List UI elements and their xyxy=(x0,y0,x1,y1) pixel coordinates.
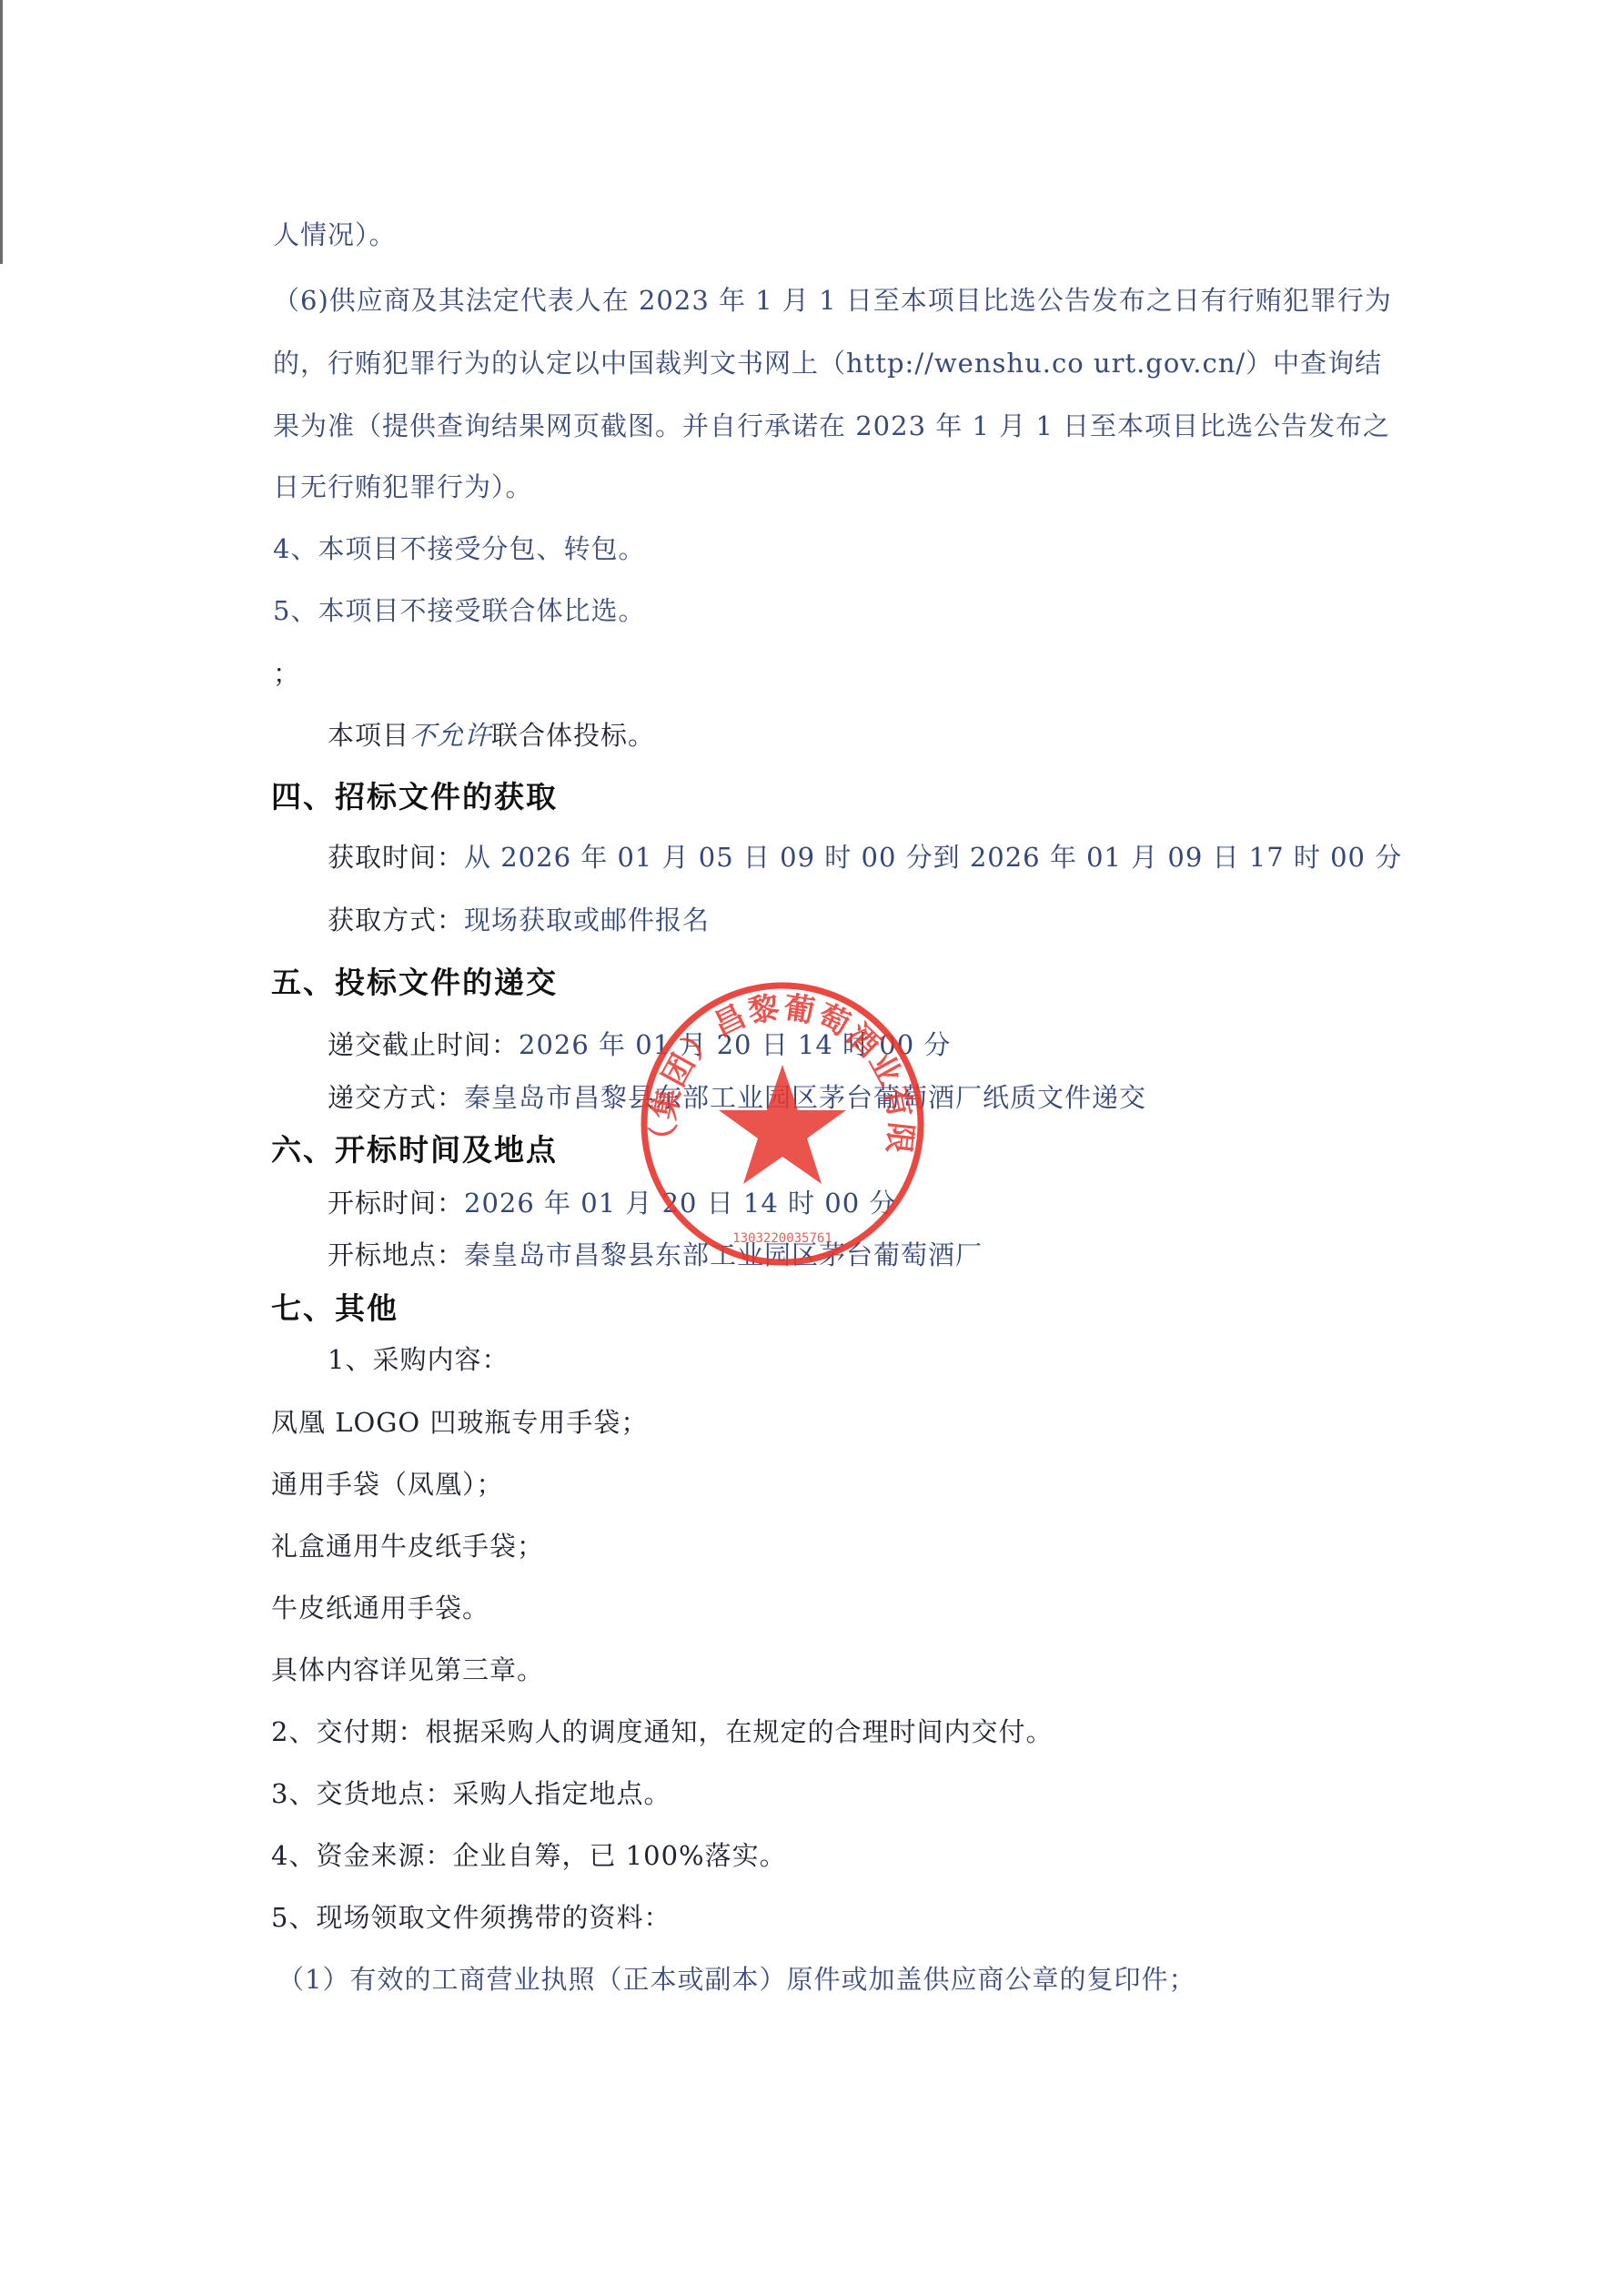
text-line: 日无行贿犯罪行为）。 xyxy=(273,470,533,503)
purchase-item: 凤凰 LOGO 凹玻瓶专用手袋； xyxy=(271,1406,648,1439)
field-label: 获取方式： xyxy=(328,905,464,936)
company-seal: 茅台（集团）昌黎葡萄酒业有限公司 1303220035761 xyxy=(637,978,928,1269)
field-label: 开标地点： xyxy=(328,1239,464,1270)
field-value: 秦皇岛市昌黎县东部工业园区茅台葡萄酒厂纸质文件递交 xyxy=(464,1082,1146,1113)
field-value: 秦皇岛市昌黎县东部工业园区茅台葡萄酒厂 xyxy=(464,1239,983,1270)
text-line: 的，行贿犯罪行为的认定以中国裁判文书网上（http://wenshu.co ur… xyxy=(273,347,1382,379)
purchase-item: 礼盒通用牛皮纸手袋； xyxy=(271,1530,544,1563)
list-item: 4、资金来源：企业自筹，已 100%落实。 xyxy=(271,1839,787,1872)
field-label: 获取时间： xyxy=(328,842,464,873)
list-item: 1、采购内容： xyxy=(328,1343,509,1376)
text-line: ； xyxy=(273,657,300,690)
field-row: 递交方式：秦皇岛市昌黎县东部工业园区茅台葡萄酒厂纸质文件递交 xyxy=(328,1081,1146,1114)
field-value: 现场获取或邮件报名 xyxy=(464,905,710,936)
emphasis-text: 不允许 xyxy=(409,720,491,751)
list-item: 2、交付期：根据采购人的调度通知，在规定的合理时间内交付。 xyxy=(271,1715,1053,1748)
field-row: 获取方式：现场获取或邮件报名 xyxy=(328,904,710,936)
purchase-item: 具体内容详见第三章。 xyxy=(271,1654,544,1686)
field-label: 递交方式： xyxy=(328,1082,464,1113)
text-line: 5、本项目不接受联合体比选。 xyxy=(273,594,645,627)
text-fragment: 联合体投标。 xyxy=(491,720,655,751)
svg-text:茅台（集团）昌黎葡萄酒业有限公司: 茅台（集团）昌黎葡萄酒业有限公司 xyxy=(637,978,919,1157)
section-heading: 四、招标文件的获取 xyxy=(271,779,558,815)
field-row: 开标时间：2026 年 01 月 20 日 14 时 00 分 xyxy=(328,1187,896,1219)
field-row: 获取时间：从 2026 年 01 月 05 日 09 时 00 分到 2026 … xyxy=(328,841,1402,874)
text-line: 本项目不允许联合体投标。 xyxy=(328,719,655,752)
field-row: 递交截止时间：2026 年 01 月 20 日 14 时 00 分 xyxy=(328,1028,951,1061)
section-heading: 五、投标文件的递交 xyxy=(271,965,558,1001)
scan-edge xyxy=(0,0,3,264)
list-item: 3、交货地点：采购人指定地点。 xyxy=(271,1777,671,1810)
text-line: （6)供应商及其法定代表人在 2023 年 1 月 1 日至本项目比选公告发布之… xyxy=(273,284,1392,317)
section-heading: 六、开标时间及地点 xyxy=(271,1132,558,1168)
document-page: 人情况）。 （6)供应商及其法定代表人在 2023 年 1 月 1 日至本项目比… xyxy=(0,0,1624,2296)
field-value: 从 2026 年 01 月 05 日 09 时 00 分到 2026 年 01 … xyxy=(464,842,1402,873)
field-value: 2026 年 01 月 20 日 14 时 00 分 xyxy=(464,1188,896,1219)
section-heading: 七、其他 xyxy=(271,1290,398,1327)
text-line: 果为准（提供查询结果网页截图。并自行承诺在 2023 年 1 月 1 日至本项目… xyxy=(273,410,1390,442)
field-value: 2026 年 01 月 20 日 14 时 00 分 xyxy=(519,1029,951,1060)
purchase-item: 牛皮纸通用手袋。 xyxy=(271,1592,489,1624)
field-label: 递交截止时间： xyxy=(328,1029,519,1060)
text-line: 4、本项目不接受分包、转包。 xyxy=(273,532,645,565)
list-item: 5、现场领取文件须携带的资料： xyxy=(271,1901,671,1934)
field-label: 开标时间： xyxy=(328,1188,464,1219)
text-fragment: 本项目 xyxy=(328,720,409,751)
purchase-item: 通用手袋（凤凰）； xyxy=(271,1468,504,1501)
field-row: 开标地点：秦皇岛市昌黎县东部工业园区茅台葡萄酒厂 xyxy=(328,1239,983,1271)
text-line: 人情况）。 xyxy=(273,218,397,251)
seal-icon: 茅台（集团）昌黎葡萄酒业有限公司 1303220035761 xyxy=(637,978,928,1269)
list-subitem: （1）有效的工商营业执照（正本或副本）原件或加盖供应商公章的复印件； xyxy=(277,1963,1195,1996)
